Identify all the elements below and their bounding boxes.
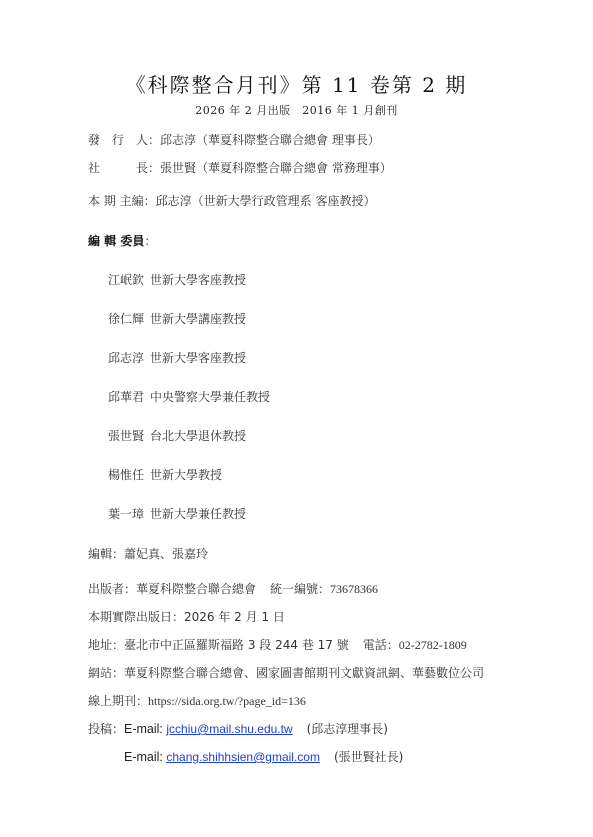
member-title: 世新大學兼任教授 xyxy=(150,507,246,521)
email-link-chang[interactable]: chang.shihhsien@gmail.com xyxy=(166,750,320,764)
president-label: 社 長： xyxy=(88,161,160,175)
phone-value: 02-2782-1809 xyxy=(399,638,467,652)
president-line: 社 長：張世賢（華夏科際整合聯合總會 常務理事） xyxy=(88,159,392,176)
member-name: 徐仁輝 xyxy=(108,312,144,326)
board-member: 邱志淳世新大學客座教授 xyxy=(108,349,246,366)
editorial-board-heading: 編 輯 委員： xyxy=(88,232,156,249)
release-date-value: 2026 年 2 月 1 日 xyxy=(184,610,285,624)
member-title: 世新大學客座教授 xyxy=(150,351,246,365)
email-note: (張世賢社長) xyxy=(334,750,403,764)
editors-label: 編輯： xyxy=(88,547,124,561)
board-member: 葉一璋世新大學兼任教授 xyxy=(108,505,246,522)
editorial-board-heading-colon: ： xyxy=(144,234,156,248)
member-name: 葉一璋 xyxy=(108,507,144,521)
publisher-line: 發 行 人：邱志淳（華夏科際整合聯合總會 理事長） xyxy=(88,131,380,148)
chief-editor-value: 邱志淳（世新大學行政管理系 客座教授） xyxy=(156,194,376,208)
publisher-info-line: 出版者：華夏科際整合聯合總會統一編號：73678366 xyxy=(88,580,378,597)
member-title: 世新大學客座教授 xyxy=(150,273,246,287)
editors-value: 蕭妃真、張嘉玲 xyxy=(124,547,208,561)
member-title: 中央警察大學兼任教授 xyxy=(150,390,270,404)
submission-line-2: E-mail: chang.shihhsien@gmail.com(張世賢社長) xyxy=(124,748,403,765)
email-prefix: E-mail: xyxy=(124,722,166,736)
unified-id-label: 統一編號： xyxy=(270,582,330,596)
submission-line-1: 投稿：E-mail: jcchiu@mail.shu.edu.tw(邱志淳理事長… xyxy=(88,720,388,737)
websites-value: 華夏科際整合聯合總會、國家圖書館期刊文獻資訊網、華藝數位公司 xyxy=(124,666,484,680)
email-prefix: E-mail: xyxy=(124,750,166,764)
publisher-label: 發 行 人： xyxy=(88,133,160,147)
board-member: 江岷欽世新大學客座教授 xyxy=(108,271,246,288)
address-label: 地址： xyxy=(88,638,124,652)
address-line: 地址：臺北市中正區羅斯福路 3 段 244 巷 17 號電話：02-2782-1… xyxy=(88,636,467,653)
phone-label: 電話： xyxy=(363,638,399,652)
member-name: 張世賢 xyxy=(108,429,144,443)
online-journal-line: 線上期刊：https://sida.org.tw/?page_id=136 xyxy=(88,692,306,709)
page-title: 《科際整合月刊》第 11 卷第 2 期 xyxy=(0,69,593,98)
publisher-value: 邱志淳（華夏科際整合聯合總會 理事長） xyxy=(160,133,380,147)
publisher-info-label: 出版者： xyxy=(88,582,136,596)
member-name: 邱志淳 xyxy=(108,351,144,365)
member-name: 楊惟任 xyxy=(108,468,144,482)
websites-label: 網站： xyxy=(88,666,124,680)
email-note: (邱志淳理事長) xyxy=(307,722,388,736)
editorial-board-heading-text: 編 輯 委員 xyxy=(88,234,144,248)
board-member: 徐仁輝世新大學講座教授 xyxy=(108,310,246,327)
submission-label: 投稿： xyxy=(88,722,124,736)
board-member: 楊惟任世新大學教授 xyxy=(108,466,222,483)
websites-line: 網站：華夏科際整合聯合總會、國家圖書館期刊文獻資訊網、華藝數位公司 xyxy=(88,664,484,681)
online-journal-url[interactable]: https://sida.org.tw/?page_id=136 xyxy=(148,694,306,708)
member-title: 世新大學講座教授 xyxy=(150,312,246,326)
publisher-info-value: 華夏科際整合聯合總會 xyxy=(136,582,256,596)
president-value: 張世賢（華夏科際整合聯合總會 常務理事） xyxy=(160,161,392,175)
board-member: 邱華君中央警察大學兼任教授 xyxy=(108,388,270,405)
chief-editor-line: 本 期 主編：邱志淳（世新大學行政管理系 客座教授） xyxy=(88,192,375,209)
email-link-jcchiu[interactable]: jcchiu@mail.shu.edu.tw xyxy=(166,722,292,736)
member-name: 邱華君 xyxy=(108,390,144,404)
member-title: 世新大學教授 xyxy=(150,468,222,482)
board-member: 張世賢台北大學退休教授 xyxy=(108,427,246,444)
unified-id-value: 73678366 xyxy=(330,582,378,596)
online-journal-label: 線上期刊： xyxy=(88,694,148,708)
member-name: 江岷欽 xyxy=(108,273,144,287)
release-date-label: 本期實際出版日： xyxy=(88,610,184,624)
editors-line: 編輯：蕭妃真、張嘉玲 xyxy=(88,545,208,562)
publication-dates: 2026 年 2 月出版 2016 年 1 月創刊 xyxy=(0,102,593,118)
member-title: 台北大學退休教授 xyxy=(150,429,246,443)
address-value: 臺北市中正區羅斯福路 3 段 244 巷 17 號 xyxy=(124,638,349,652)
release-date-line: 本期實際出版日：2026 年 2 月 1 日 xyxy=(88,608,285,625)
chief-editor-label: 本 期 主編： xyxy=(88,194,156,208)
